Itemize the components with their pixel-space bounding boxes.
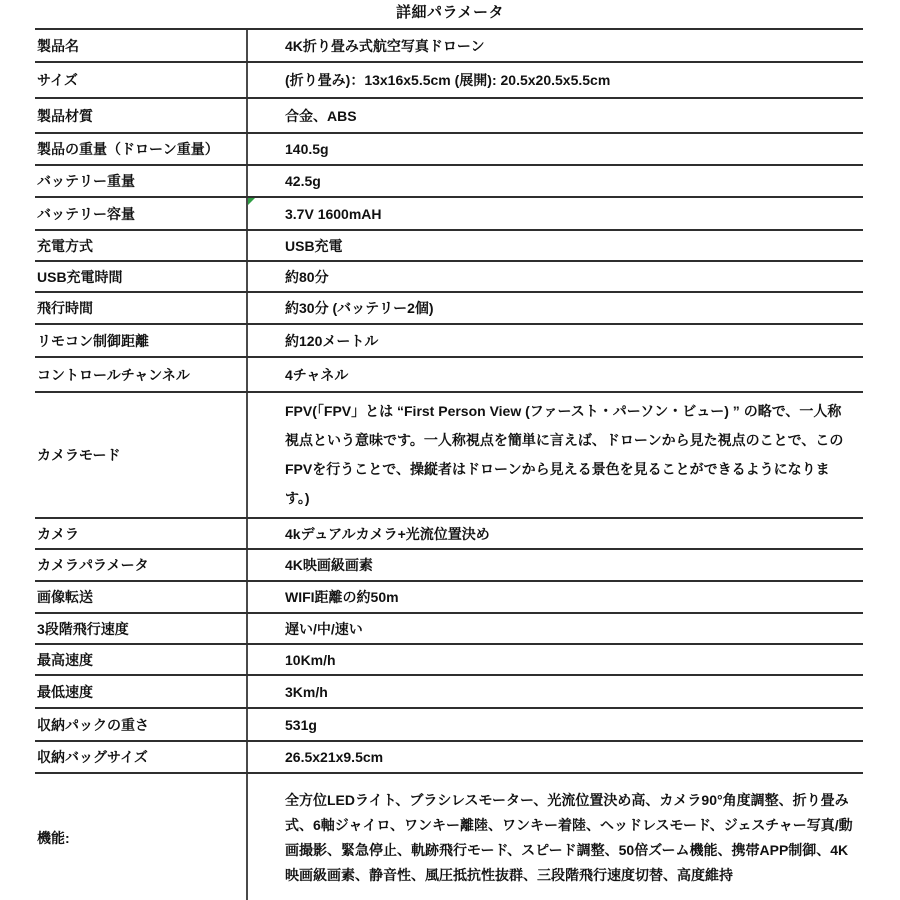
spec-value: 4K折り畳み式航空写真ドローン — [248, 30, 863, 61]
spec-label: 最低速度 — [35, 676, 248, 707]
spec-label: カメラパラメータ — [35, 550, 248, 580]
spec-label: バッテリー重量 — [35, 166, 248, 196]
spec-value: 4kデュアルカメラ+光流位置決め — [248, 519, 863, 548]
table-row-image-transfer: 画像転送 WIFI距離の約50m — [35, 582, 863, 614]
spec-value: 約80分 — [248, 262, 863, 291]
spec-value: 4K映画級画素 — [248, 550, 863, 580]
spec-label: 3段階飛行速度 — [35, 614, 248, 643]
spec-value: 26.5x21x9.5cm — [248, 742, 863, 772]
spec-value: 140.5g — [248, 134, 863, 164]
table-row-product-name: 製品名 4K折り畳み式航空写真ドローン — [35, 30, 863, 63]
table-row-bag-size: 収納バッグサイズ 26.5x21x9.5cm — [35, 742, 863, 774]
spec-label: リモコン制御距離 — [35, 325, 248, 356]
spec-label: カメラモード — [35, 393, 248, 517]
table-row-battery-weight: バッテリー重量 42.5g — [35, 166, 863, 198]
spec-value: USB充電 — [248, 231, 863, 260]
spec-label: 機能: — [35, 774, 248, 900]
spec-label: コントロールチャンネル — [35, 358, 248, 391]
spec-value: 全方位LEDライト、ブラシレスモーター、光流位置決め高、カメラ90°角度調整、折… — [248, 774, 863, 900]
table-row-features: 機能: 全方位LEDライト、ブラシレスモーター、光流位置決め高、カメラ90°角度… — [35, 774, 863, 900]
spec-value: WIFI距離の約50m — [248, 582, 863, 612]
spec-label: 収納バッグサイズ — [35, 742, 248, 772]
spec-label: 製品材質 — [35, 99, 248, 132]
table-row-product-weight: 製品の重量（ドローン重量） 140.5g — [35, 134, 863, 166]
spec-value: 10Km/h — [248, 645, 863, 674]
spec-label: バッテリー容量 — [35, 198, 248, 229]
spec-value: 3.7V 1600mAH — [248, 198, 863, 229]
spec-label: 製品名 — [35, 30, 248, 61]
table-row-charging-time: USB充電時間 約80分 — [35, 262, 863, 293]
spec-value: 遅い/中/速い — [248, 614, 863, 643]
table-row-control-channel: コントロールチャンネル 4チャネル — [35, 358, 863, 393]
table-row-remote-distance: リモコン制御距離 約120メートル — [35, 325, 863, 358]
table-row-min-speed: 最低速度 3Km/h — [35, 676, 863, 709]
table-row-pack-weight: 収納パックの重さ 531g — [35, 709, 863, 742]
spec-label: 充電方式 — [35, 231, 248, 260]
spec-value: 約30分 (バッテリー2個) — [248, 293, 863, 323]
spec-value: 4チャネル — [248, 358, 863, 391]
table-row-camera-parameter: カメラパラメータ 4K映画級画素 — [35, 550, 863, 582]
spec-label: カメラ — [35, 519, 248, 548]
green-corner-marker — [248, 198, 255, 205]
spec-value: 531g — [248, 709, 863, 740]
table-row-camera: カメラ 4kデュアルカメラ+光流位置決め — [35, 519, 863, 550]
spec-label: サイズ — [35, 63, 248, 97]
spec-value: (折り畳み)：13x16x5.5cm (展開): 20.5x20.5x5.5cm — [248, 63, 863, 97]
table-row-speed-levels: 3段階飛行速度 遅い/中/速い — [35, 614, 863, 645]
page-title: 詳細パラメータ — [0, 0, 900, 28]
table-row-size: サイズ (折り畳み)：13x16x5.5cm (展開): 20.5x20.5x5… — [35, 63, 863, 99]
table-row-flight-time: 飛行時間 約30分 (バッテリー2個) — [35, 293, 863, 325]
spec-label: 最高速度 — [35, 645, 248, 674]
spec-label: USB充電時間 — [35, 262, 248, 291]
table-row-camera-mode: カメラモード FPV(「FPV」とは “First Person View (フ… — [35, 393, 863, 519]
spec-value: 3Km/h — [248, 676, 863, 707]
spec-label: 飛行時間 — [35, 293, 248, 323]
table-row-material: 製品材質 合金、ABS — [35, 99, 863, 134]
table-row-charging-method: 充電方式 USB充電 — [35, 231, 863, 262]
table-row-max-speed: 最高速度 10Km/h — [35, 645, 863, 676]
spec-value: 42.5g — [248, 166, 863, 196]
spec-label: 画像転送 — [35, 582, 248, 612]
spec-table: 製品名 4K折り畳み式航空写真ドローン サイズ (折り畳み)：13x16x5.5… — [35, 28, 863, 900]
spec-value: FPV(「FPV」とは “First Person View (ファースト・パー… — [248, 393, 863, 517]
table-row-battery-capacity: バッテリー容量 3.7V 1600mAH — [35, 198, 863, 231]
spec-label: 収納パックの重さ — [35, 709, 248, 740]
spec-label: 製品の重量（ドローン重量） — [35, 134, 248, 164]
spec-value: 合金、ABS — [248, 99, 863, 132]
spec-value: 約120メートル — [248, 325, 863, 356]
